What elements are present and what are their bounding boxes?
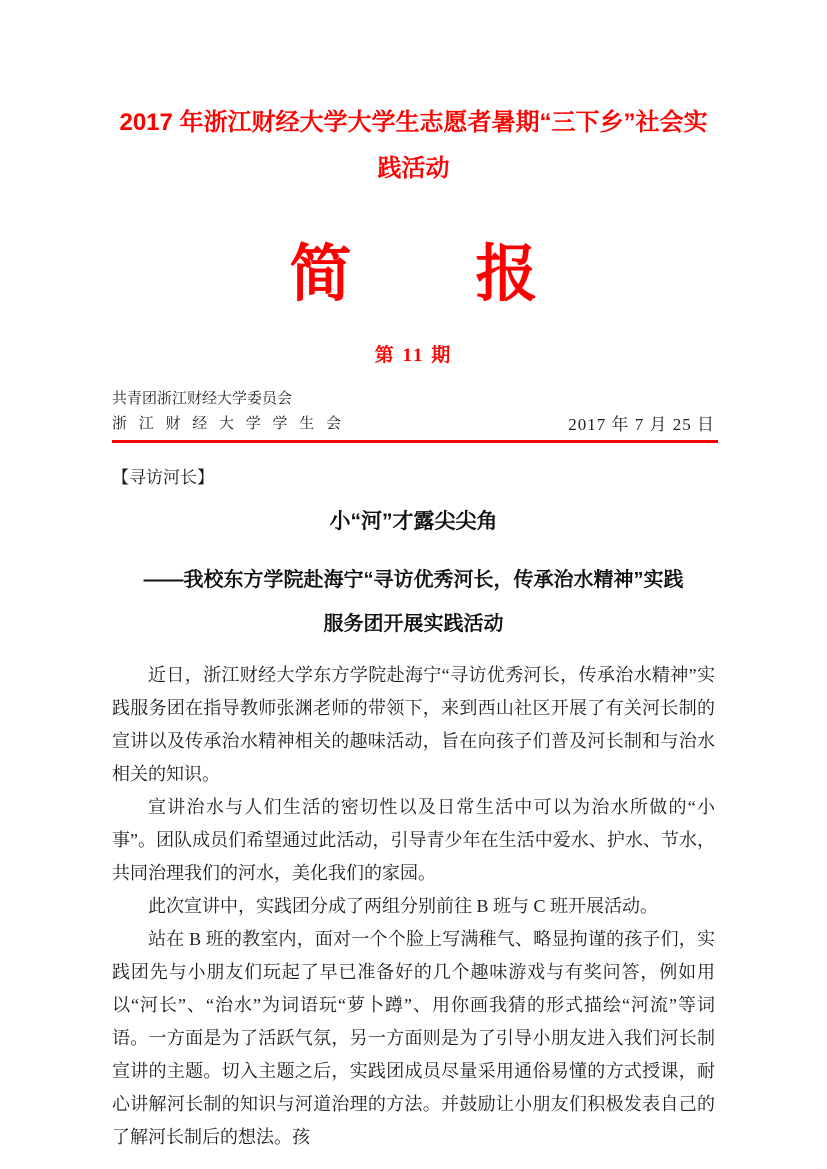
body-paragraph-3: 此次宣讲中，实践团分成了两组分别前往 B 班与 C 班开展活动。 bbox=[112, 890, 715, 923]
issuing-org-line-2: 浙 江 财 经 大 学 学 生 会 bbox=[112, 412, 345, 437]
red-divider-rule bbox=[112, 440, 718, 443]
document-page: 2017 年浙江财经大学大学生志愿者暑期“三下乡”社会实践活动 简 报 第 11… bbox=[0, 0, 827, 1169]
masthead-row: 浙 江 财 经 大 学 学 生 会 2017 年 7 月 25 日 bbox=[112, 412, 715, 437]
article-subtitle-line-2: 服务团开展实践活动 bbox=[112, 602, 715, 646]
article-subtitle-line-1: ——我校东方学院赴海宁“寻访优秀河长，传承治水精神”实践 bbox=[112, 558, 715, 602]
bulletin-title: 简 报 bbox=[112, 236, 715, 314]
section-tag: 【寻访河长】 bbox=[112, 463, 715, 488]
article-body: 近日，浙江财经大学东方学院赴海宁“寻访优秀河长，传承治水精神”实践服务团在指导教… bbox=[112, 659, 715, 1154]
article-headline: 小“河”才露尖尖角 bbox=[112, 505, 715, 535]
activity-title: 2017 年浙江财经大学大学生志愿者暑期“三下乡”社会实践活动 bbox=[112, 100, 715, 192]
issue-date: 2017 年 7 月 25 日 bbox=[568, 412, 715, 437]
body-paragraph-2: 宣讲治水与人们生活的密切性以及日常生活中可以为治水所做的“小事”。团队成员们希望… bbox=[112, 791, 715, 890]
article-subtitle: ——我校东方学院赴海宁“寻访优秀河长，传承治水精神”实践 服务团开展实践活动 bbox=[112, 558, 715, 646]
issue-number-label: 第 11 期 bbox=[112, 340, 715, 367]
issuing-org-line-1: 共青团浙江财经大学委员会 bbox=[112, 387, 715, 412]
body-paragraph-4: 站在 B 班的教室内，面对一个个脸上写满稚气、略显拘谨的孩子们，实践团先与小朋友… bbox=[112, 923, 715, 1154]
body-paragraph-1: 近日，浙江财经大学东方学院赴海宁“寻访优秀河长，传承治水精神”实践服务团在指导教… bbox=[112, 659, 715, 791]
page-content: 2017 年浙江财经大学大学生志愿者暑期“三下乡”社会实践活动 简 报 第 11… bbox=[112, 0, 715, 1154]
masthead: 共青团浙江财经大学委员会 浙 江 财 经 大 学 学 生 会 2017 年 7 … bbox=[112, 387, 715, 443]
